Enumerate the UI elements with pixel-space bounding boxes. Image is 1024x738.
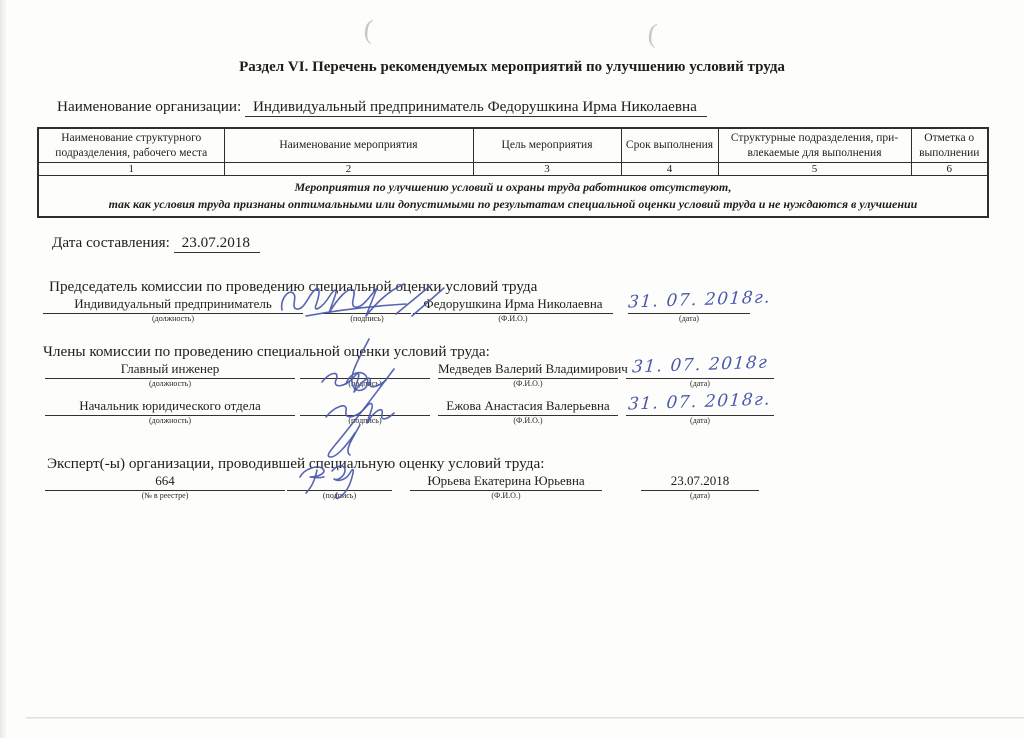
expert-signature-field: (подпись) [287, 473, 392, 501]
scan-bottom-line [26, 717, 1024, 718]
field-label-fio: (Ф.И.О.) [410, 491, 602, 501]
col-number: 1 [38, 163, 224, 176]
field-label-date: (дата) [626, 379, 774, 389]
member2-position: Начальник юридического отдела [45, 398, 295, 416]
member2-signature-field: (подпись) [300, 398, 430, 426]
col-header-done-mark: Отметка о выполнении [911, 128, 988, 163]
expert-signature-line [287, 473, 392, 491]
col-number: 4 [621, 163, 718, 176]
chairman-signature-field: (подпись) [323, 296, 411, 324]
col-header-involved: Структурные подразделения, при­влекаемые… [718, 128, 911, 163]
expert-date-field: 23.07.2018 (дата) [641, 473, 759, 501]
col-header-purpose: Цель мероприятия [473, 128, 621, 163]
field-label-date: (дата) [628, 314, 750, 324]
field-label-date: (дата) [641, 491, 759, 501]
table-body-row: Мероприятия по улучшению условий и охран… [38, 176, 988, 218]
table-number-row: 1 2 3 4 5 6 [38, 163, 988, 176]
table-header-row: Наименование структурного подразделения,… [38, 128, 988, 163]
compiled-date-label: Дата составления: [52, 234, 170, 251]
organization-line: Наименование организации: Индивидуальный… [57, 98, 707, 116]
member2-position-field: Начальник юридического отдела (должность… [45, 398, 295, 426]
col-header-deadline: Срок выполнения [621, 128, 718, 163]
field-label-registry-no: (№ в реестре) [45, 491, 285, 501]
member1-date-handwritten: 31. 07. 2018г [631, 355, 768, 376]
empty-notice-line-2: так как условия труда признаны оптимальн… [42, 196, 984, 213]
chairman-fio: Федорушкина Ирма Николаевна [413, 296, 613, 314]
field-label-signature: (подпись) [323, 314, 411, 324]
field-label-date: (дата) [626, 416, 774, 426]
col-number: 5 [718, 163, 911, 176]
compiled-date-value: 23.07.2018 [174, 234, 260, 253]
col-number: 3 [473, 163, 621, 176]
member2-date-handwritten: 31. 07. 2018г. [628, 391, 772, 412]
measures-table: Наименование структурного подразделения,… [37, 127, 989, 218]
staple-mark-icon: ( [647, 20, 659, 48]
member1-fio-field: Медведев Валерий Владимирович (Ф.И.О.) [438, 361, 618, 389]
chairman-position: Индивидуальный предприниматель [43, 296, 303, 314]
field-label-signature: (подпись) [300, 416, 430, 426]
field-label-position: (должность) [43, 314, 303, 324]
organization-value: Индивидуальный предприниматель Федорушки… [245, 98, 707, 117]
field-label-fio: (Ф.И.О.) [413, 314, 613, 324]
chairman-heading: Председатель комиссии по проведению спец… [49, 278, 537, 296]
compiled-date-line: Дата составления: 23.07.2018 [52, 234, 260, 252]
expert-heading: Эксперт(-ы) организации, проводившей спе… [47, 455, 544, 473]
organization-label: Наименование организации: [57, 98, 241, 115]
member2-signature-line [300, 398, 430, 416]
col-number: 6 [911, 163, 988, 176]
staple-mark-icon: ( [363, 16, 375, 44]
chairman-date-field: 31. 07. 2018г. (дата) [628, 296, 750, 324]
members-heading: Члены комиссии по проведению специальной… [43, 343, 490, 361]
field-label-signature: (подпись) [287, 491, 392, 501]
expert-fio: Юрьева Екатерина Юрьевна [410, 473, 602, 491]
member1-signature-field: (подпись) [300, 361, 430, 389]
field-label-signature: (подпись) [300, 379, 430, 389]
member2-fio: Ежова Анастасия Валерьевна [438, 398, 618, 416]
col-header-department: Наименование структурного подразделения,… [38, 128, 224, 163]
measures-table-wrap: Наименование структурного подразделения,… [37, 127, 989, 218]
expert-date: 23.07.2018 [641, 473, 759, 491]
expert-registry-field: 664 (№ в реестре) [45, 473, 285, 501]
field-label-position: (должность) [45, 416, 295, 426]
chairman-fio-field: Федорушкина Ирма Николаевна (Ф.И.О.) [413, 296, 613, 324]
scan-edge-shadow [0, 0, 7, 738]
member1-fio: Медведев Валерий Владимирович [438, 361, 618, 379]
chairman-signature-line [323, 296, 411, 314]
empty-notice-line-1: Мероприятия по улучшению условий и охран… [42, 179, 984, 196]
member1-position: Главный инженер [45, 361, 295, 379]
member2-date-field: 31. 07. 2018г. (дата) [626, 398, 774, 426]
member1-date-field: 31. 07. 2018г (дата) [626, 361, 774, 389]
field-label-position: (должность) [45, 379, 295, 389]
chairman-date-handwritten: 31. 07. 2018г. [627, 289, 771, 310]
expert-fio-field: Юрьева Екатерина Юрьевна (Ф.И.О.) [410, 473, 602, 501]
field-label-fio: (Ф.И.О.) [438, 379, 618, 389]
page-title: Раздел VI. Перечень рекомендуемых меропр… [0, 59, 1024, 76]
chairman-position-field: Индивидуальный предприниматель (должност… [43, 296, 303, 324]
expert-registry-no: 664 [45, 473, 285, 491]
col-header-measure: Наименование мероприятия [224, 128, 473, 163]
member2-fio-field: Ежова Анастасия Валерьевна (Ф.И.О.) [438, 398, 618, 426]
member1-position-field: Главный инженер (должность) [45, 361, 295, 389]
member1-signature-line [300, 361, 430, 379]
col-number: 2 [224, 163, 473, 176]
field-label-fio: (Ф.И.О.) [438, 416, 618, 426]
